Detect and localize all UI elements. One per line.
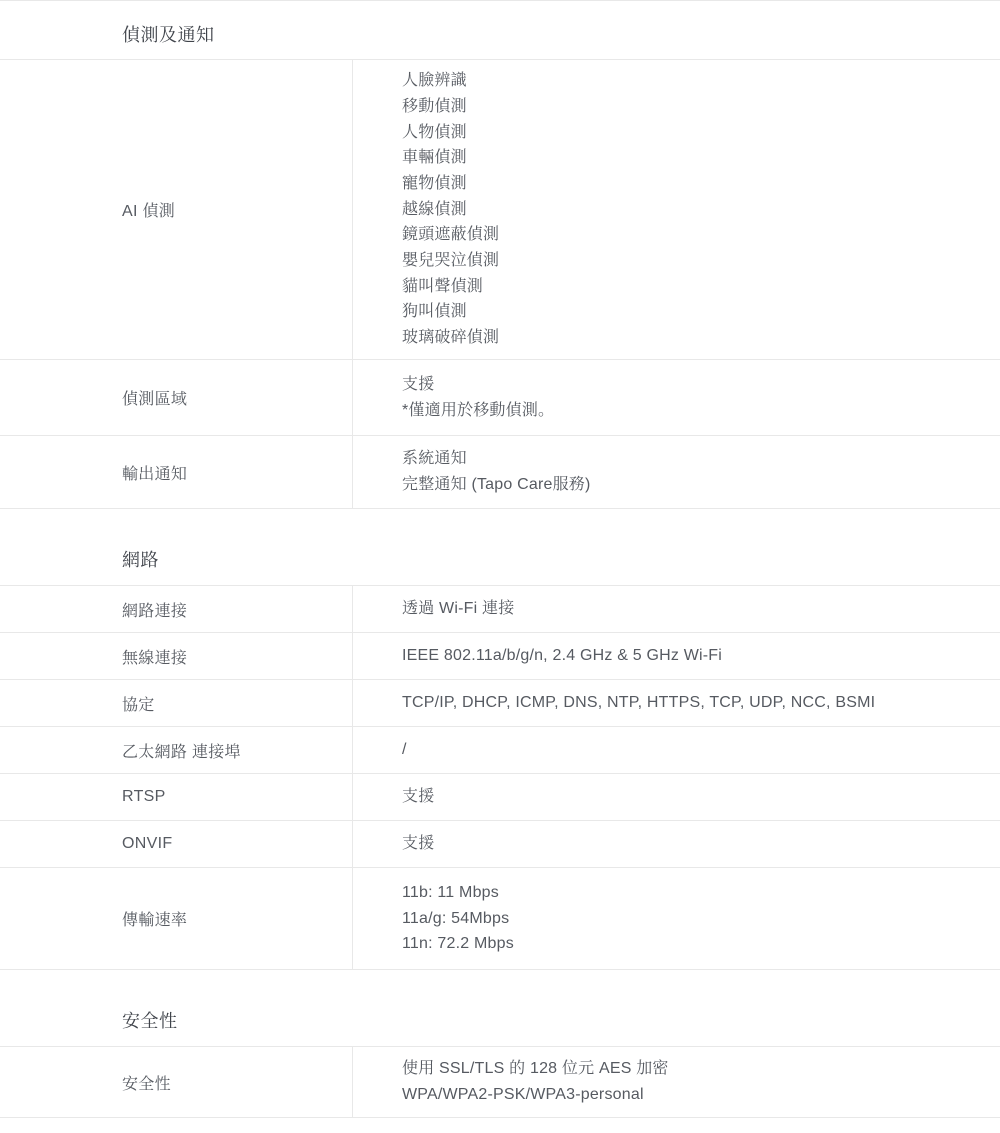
- spec-value-line: 系統通知: [402, 446, 1000, 472]
- spec-row-network-connection: 網路連接 透過 Wi-Fi 連接: [0, 585, 1000, 632]
- spec-row-ethernet-port: 乙太網路 連接埠 /: [0, 726, 1000, 773]
- spec-value: 人臉辨識 移動偵測 人物偵測 車輛偵測 寵物偵測 越線偵測 鏡頭遮蔽偵測 嬰兒哭…: [352, 60, 1000, 359]
- spec-value-line: IEEE 802.11a/b/g/n, 2.4 GHz & 5 GHz Wi-F…: [402, 643, 1000, 669]
- spec-row-onvif: ONVIF 支援: [0, 820, 1000, 867]
- spec-label: 協定: [0, 680, 352, 726]
- spec-label: 乙太網路 連接埠: [0, 727, 352, 773]
- spec-row-output-notification: 輸出通知 系統通知 完整通知 (Tapo Care服務): [0, 435, 1000, 508]
- spec-label: 安全性: [0, 1047, 352, 1117]
- spec-value: /: [352, 727, 1000, 773]
- spec-row-ai-detection: AI 偵測 人臉辨識 移動偵測 人物偵測 車輛偵測 寵物偵測 越線偵測 鏡頭遮蔽…: [0, 59, 1000, 359]
- spec-label: AI 偵測: [0, 60, 352, 359]
- spec-value-line: 嬰兒哭泣偵測: [402, 248, 1000, 274]
- spec-value: TCP/IP, DHCP, ICMP, DNS, NTP, HTTPS, TCP…: [352, 680, 1000, 726]
- spec-value-line: 11a/g: 54Mbps: [402, 906, 1000, 932]
- spec-row-security: 安全性 使用 SSL/TLS 的 128 位元 AES 加密 WPA/WPA2-…: [0, 1046, 1000, 1117]
- section-network: 網路 網路連接 透過 Wi-Fi 連接 無線連接 IEEE 802.11a/b/…: [0, 509, 1000, 970]
- spec-value-line: /: [402, 737, 1000, 763]
- spec-value-line: 支援: [402, 784, 1000, 810]
- spec-sheet-page: 偵測及通知 AI 偵測 人臉辨識 移動偵測 人物偵測 車輛偵測 寵物偵測 越線偵…: [0, 0, 1000, 1133]
- spec-value: 11b: 11 Mbps 11a/g: 54Mbps 11n: 72.2 Mbp…: [352, 868, 1000, 969]
- spec-value-line: 移動偵測: [402, 94, 1000, 120]
- section-title-network: 網路: [0, 509, 1000, 585]
- spec-row-protocol: 協定 TCP/IP, DHCP, ICMP, DNS, NTP, HTTPS, …: [0, 679, 1000, 726]
- spec-value-line: 支援: [402, 372, 1000, 398]
- spec-value-line: 玻璃破碎偵測: [402, 325, 1000, 351]
- spec-label: ONVIF: [0, 821, 352, 867]
- spec-label: 輸出通知: [0, 436, 352, 508]
- spec-row-rtsp: RTSP 支援: [0, 773, 1000, 820]
- spec-value-line: 支援: [402, 831, 1000, 857]
- spec-value-line: 越線偵測: [402, 197, 1000, 223]
- spec-value: 支援: [352, 821, 1000, 867]
- spec-label: 網路連接: [0, 586, 352, 632]
- spec-value: IEEE 802.11a/b/g/n, 2.4 GHz & 5 GHz Wi-F…: [352, 633, 1000, 679]
- spec-label: 偵測區域: [0, 360, 352, 435]
- spec-value: 支援 *僅適用於移動偵測。: [352, 360, 1000, 435]
- spec-value: 使用 SSL/TLS 的 128 位元 AES 加密 WPA/WPA2-PSK/…: [352, 1047, 1000, 1117]
- spec-value-line: 寵物偵測: [402, 171, 1000, 197]
- spec-value: 系統通知 完整通知 (Tapo Care服務): [352, 436, 1000, 508]
- spec-value-line: 使用 SSL/TLS 的 128 位元 AES 加密: [402, 1056, 1000, 1082]
- spec-value-line: 鏡頭遮蔽偵測: [402, 222, 1000, 248]
- spec-label: RTSP: [0, 774, 352, 820]
- spec-value-line: 狗叫偵測: [402, 299, 1000, 325]
- spec-value-line: 車輛偵測: [402, 145, 1000, 171]
- spec-value-line: 透過 Wi-Fi 連接: [402, 596, 1000, 622]
- spec-label: 無線連接: [0, 633, 352, 679]
- spec-row-wireless-connection: 無線連接 IEEE 802.11a/b/g/n, 2.4 GHz & 5 GHz…: [0, 632, 1000, 679]
- spec-label: 傳輸速率: [0, 868, 352, 969]
- spec-value-footnote: *僅適用於移動偵測。: [402, 398, 1000, 424]
- spec-value-line: WPA/WPA2-PSK/WPA3-personal: [402, 1082, 1000, 1108]
- spec-value: 透過 Wi-Fi 連接: [352, 586, 1000, 632]
- section-title-security: 安全性: [0, 970, 1000, 1046]
- spec-value-line: 人物偵測: [402, 120, 1000, 146]
- spec-value-line: 11b: 11 Mbps: [402, 880, 1000, 906]
- spec-value-line: 人臉辨識: [402, 68, 1000, 94]
- section-title-detection-notification: 偵測及通知: [0, 1, 1000, 59]
- spec-row-transmission-rate: 傳輸速率 11b: 11 Mbps 11a/g: 54Mbps 11n: 72.…: [0, 867, 1000, 969]
- spec-value: 支援: [352, 774, 1000, 820]
- spec-row-detection-zone: 偵測區域 支援 *僅適用於移動偵測。: [0, 359, 1000, 435]
- section-security: 安全性 安全性 使用 SSL/TLS 的 128 位元 AES 加密 WPA/W…: [0, 970, 1000, 1118]
- spec-value-line: 貓叫聲偵測: [402, 274, 1000, 300]
- spec-value-line: 完整通知 (Tapo Care服務): [402, 472, 1000, 498]
- spec-value-line: TCP/IP, DHCP, ICMP, DNS, NTP, HTTPS, TCP…: [402, 690, 1000, 716]
- section-detection-notification: 偵測及通知 AI 偵測 人臉辨識 移動偵測 人物偵測 車輛偵測 寵物偵測 越線偵…: [0, 0, 1000, 509]
- spec-value-line: 11n: 72.2 Mbps: [402, 931, 1000, 957]
